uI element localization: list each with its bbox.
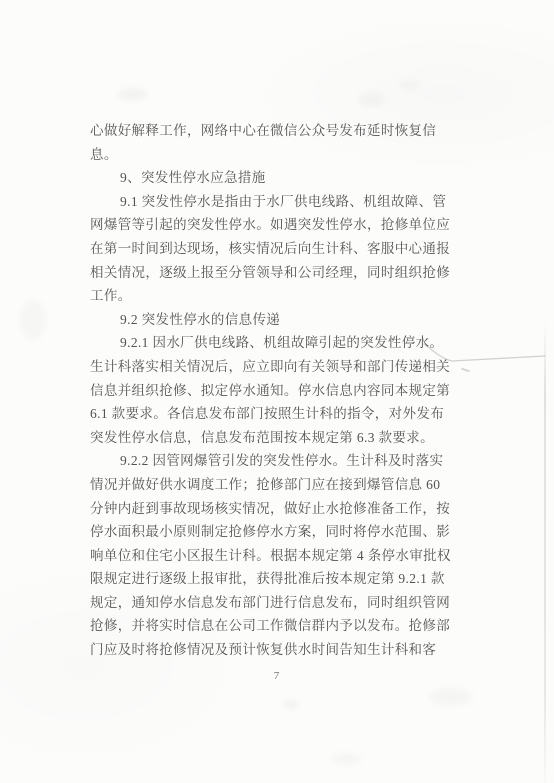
text-line: 信息并组织抢修、拟定停水通知。停水信息内容同本规定第 [90,379,462,403]
scan-smudge [430,688,472,706]
text-line: 息。 [90,143,462,167]
text-line: 抢修，并将实时信息在公司工作微信群内予以发布。抢修部 [90,614,462,638]
text-line: 6.1 款要求。各信息发布部门按照生计科的指令，对外发布 [90,402,462,426]
text-line: 网爆管等引起的突发性停水。如遇突发性停水，抢修单位应 [90,213,462,237]
text-line: 生计科落实相关情况后，应立即向有关领导和部门传递相关 [90,355,462,379]
scan-smudge [400,80,420,90]
text-line: 响单位和住宅小区报生计科。根据本规定第 4 条停水审批权 [90,544,462,568]
text-line: 相关情况，逐级上报至分管领导和公司经理，同时组织抢修 [90,261,462,285]
text-line: 限规定进行逐级上报审批，获得批准后按本规定第 9.2.1 款 [90,567,462,591]
scan-tick-artifact [461,368,470,373]
page-number: 7 [0,670,554,682]
text-line: 9、突发性停水应急措施 [90,166,462,190]
document-body: 心做好解释工作，网络中心在微信公众号发布延时恢复信息。9、突发性停水应急措施9.… [90,119,462,662]
scanned-document-page: 心做好解释工作，网络中心在微信公众号发布延时恢复信息。9、突发性停水应急措施9.… [0,0,554,783]
text-line: 9.2.2 因管网爆管引发的突发性停水。生计科及时落实 [90,449,462,473]
scan-smudge [118,88,148,101]
text-line: 9.1 突发性停水是指由于水厂供电线路、机组故障、管 [90,190,462,214]
text-line: 分钟内赶到事故现场核实情况，做好止水抢修准备工作，按 [90,497,462,521]
text-line: 在第一时间到达现场，核实情况后向生计科、客服中心通报 [90,237,462,261]
text-line: 9.2 突发性停水的信息传递 [90,308,462,332]
text-line: 9.2.1 因水厂供电线路、机组故障引起的突发性停水。 [90,331,462,355]
scan-smudge [358,92,384,107]
scan-smudge [283,700,299,709]
text-line: 门应及时将抢修情况及预计恢复供水时间告知生计科和客 [90,638,462,662]
text-line: 情况并做好供水调度工作；抢修部门应在接到爆管信息 60 [90,473,462,497]
scan-smudge [20,300,46,340]
text-line: 停水面积最小原则制定抢修停水方案，同时将停水范围、影 [90,520,462,544]
text-line: 突发性停水信息，信息发布范围按本规定第 6.3 款要求。 [90,426,462,450]
text-line: 工作。 [90,284,462,308]
text-line: 规定，通知停水信息发布部门进行信息发布，同时组织管网 [90,591,462,615]
text-line: 心做好解释工作，网络中心在微信公众号发布延时恢复信 [90,119,462,143]
scan-edge-artifact [544,322,546,783]
scan-smudge [330,753,362,765]
